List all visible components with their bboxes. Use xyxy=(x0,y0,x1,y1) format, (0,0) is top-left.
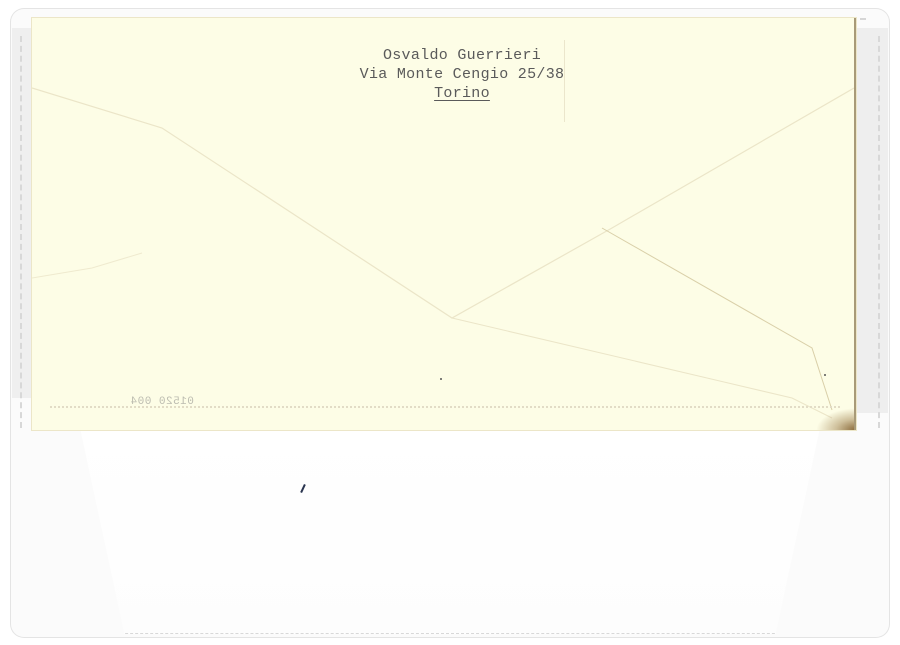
ink-speck xyxy=(440,378,442,380)
archive-code-mirrored: 01520 004 xyxy=(130,396,194,408)
sender-street: Via Monte Cengio 25/38 xyxy=(347,65,577,84)
sleeve-band-right xyxy=(852,28,888,413)
ink-speck xyxy=(824,374,826,376)
sleeve-band-left xyxy=(12,28,34,398)
sleeve-stitch-right xyxy=(878,36,880,428)
sender-address-block: Osvaldo Guerrieri Via Monte Cengio 25/38… xyxy=(347,46,577,103)
sleeve-stitch-left xyxy=(20,36,22,428)
envelope-back: Osvaldo Guerrieri Via Monte Cengio 25/38… xyxy=(32,18,856,430)
sender-name: Osvaldo Guerrieri xyxy=(347,46,577,65)
sender-city: Torino xyxy=(347,84,577,103)
sleeve-pocket xyxy=(80,428,820,634)
